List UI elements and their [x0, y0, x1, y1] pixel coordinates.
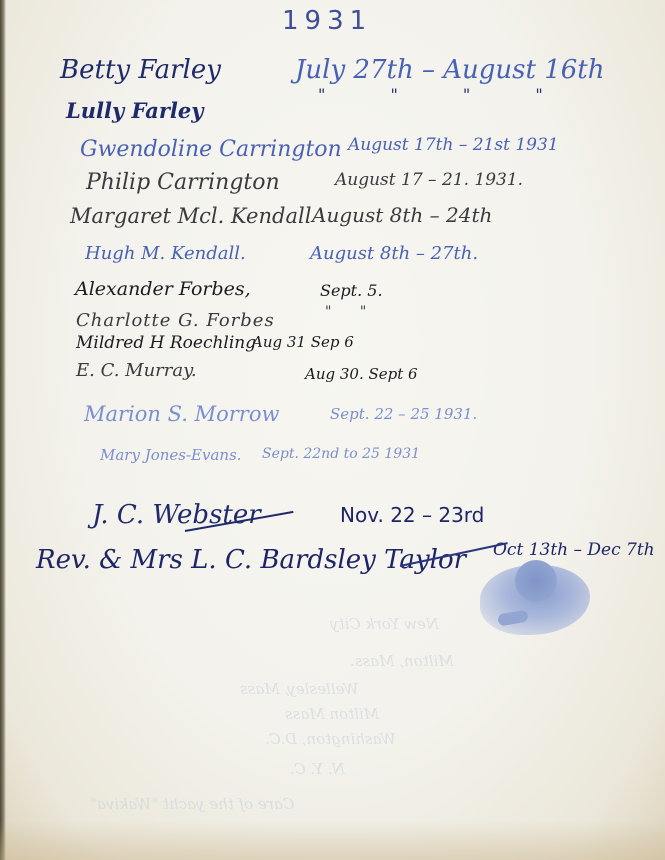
- bleed-through-text: New York City: [330, 615, 439, 633]
- guest-name: Mildred H Roechling: [76, 333, 256, 353]
- visit-dates: Nov. 22 – 23rd: [340, 503, 484, 527]
- visit-dates: Sept. 22 – 25 1931.: [330, 405, 477, 423]
- guest-name: Charlotte G. Forbes: [76, 310, 275, 331]
- visit-dates: " " " ": [318, 85, 573, 104]
- bleed-through-text: Wellesley, Mass: [240, 680, 359, 698]
- guest-name: Betty Farley: [60, 55, 221, 85]
- bleed-through-text: N. Y. C.: [290, 760, 345, 778]
- guest-name: Gwendoline Carrington: [80, 137, 342, 162]
- bleed-through-text: Washington, D.C.: [265, 730, 396, 748]
- visit-dates: August 8th – 24th: [312, 203, 492, 227]
- visit-dates: August 17 – 21. 1931.: [335, 170, 523, 190]
- ink-blot: [515, 560, 557, 602]
- visit-dates: August 17th – 21st 1931: [348, 135, 559, 155]
- visit-dates: Oct 13th – Dec 7th: [493, 540, 655, 560]
- guest-name: Hugh M. Kendall.: [85, 243, 246, 264]
- visit-dates: Sept. 5.: [320, 281, 383, 300]
- guest-name: E. C. Murray.: [76, 360, 197, 381]
- visit-dates: Aug 31 Sep 6: [252, 333, 354, 351]
- guest-name: Marion S. Morrow: [84, 402, 279, 426]
- guestbook-page: New York City Milton, Mass. Wellesley, M…: [0, 0, 665, 860]
- guest-name: Philip Carrington: [86, 170, 280, 195]
- visit-dates: " ": [325, 304, 378, 320]
- guest-name: J. C. Webster: [92, 500, 261, 530]
- guest-name: Alexander Forbes,: [75, 278, 251, 300]
- visit-dates: August 8th – 27th.: [310, 243, 478, 264]
- guest-name: Rev. & Mrs L. C. Bardsley Taylor: [36, 545, 466, 575]
- bleed-through-text: Milton Mass: [285, 705, 379, 723]
- year-heading: 1931: [282, 6, 372, 36]
- visit-dates: Aug 30. Sept 6: [305, 365, 418, 383]
- bleed-through-text: Care of the yacht "Wakiva": [90, 795, 294, 813]
- bleed-through-text: Milton, Mass.: [350, 652, 454, 670]
- guest-name: Mary Jones-Evans.: [100, 446, 242, 464]
- guest-name: Margaret Mcl. Kendall: [70, 204, 311, 228]
- visit-dates: July 27th – August 16th: [295, 55, 605, 85]
- visit-dates: Sept. 22nd to 25 1931: [262, 446, 420, 462]
- guest-name: Lully Farley: [66, 98, 203, 123]
